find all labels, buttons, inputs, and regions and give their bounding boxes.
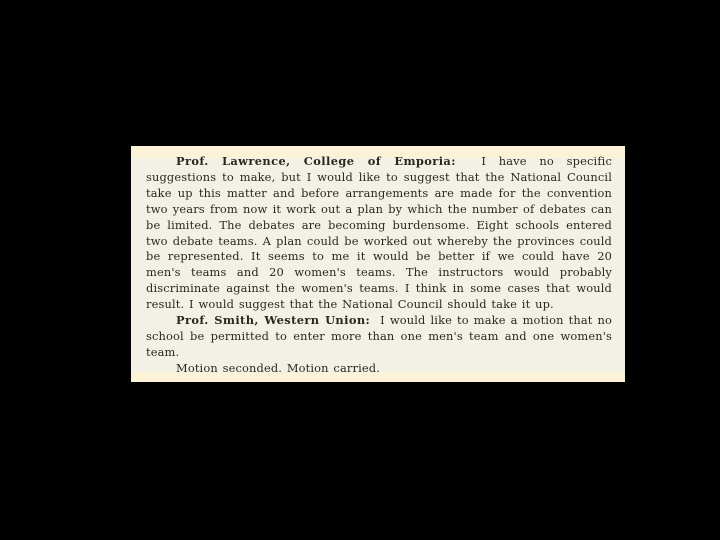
paragraph-lawrence: Prof. Lawrence, College of Emporia: I ha… [146, 154, 612, 313]
speaker-name: Prof. Lawrence, College of Emporia: [176, 154, 456, 168]
paragraph-text: I have no specific suggestions to make, … [146, 154, 612, 311]
document-page: Prof. Lawrence, College of Emporia: I ha… [131, 146, 625, 382]
document-text: Prof. Lawrence, College of Emporia: I ha… [146, 154, 612, 377]
page-bottom-edge [131, 372, 625, 382]
paragraph-smith: Prof. Smith, Western Union: I would like… [146, 313, 612, 361]
speaker-name: Prof. Smith, Western Union: [176, 313, 370, 327]
